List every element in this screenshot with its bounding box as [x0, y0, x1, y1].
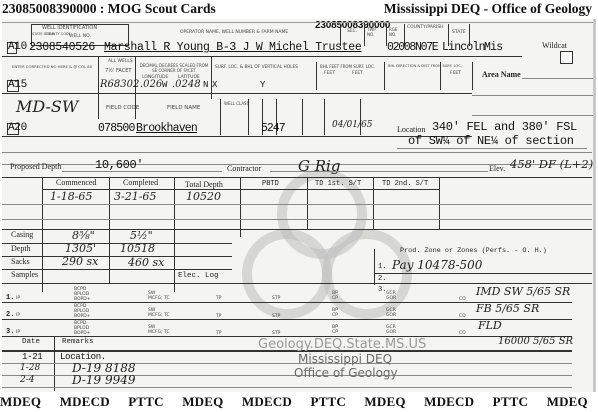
latitude-value: .0248: [172, 79, 201, 90]
commenced-header: Commenced: [56, 178, 96, 187]
ip2-gor: GOR: [386, 313, 396, 318]
sacks-label: Sacks: [11, 257, 30, 266]
state-label: STATE: [452, 30, 466, 35]
ip1-mcfg: MCFG; TC: [148, 296, 170, 301]
casing-label: Casing: [11, 230, 33, 239]
ip2-note: FB 5/65 SR: [476, 302, 539, 315]
completed-value: 3-21-65: [114, 190, 156, 203]
feet-label-1: FEET: [324, 71, 335, 76]
depth-value-1: 1305': [65, 242, 96, 255]
total-depth-header: Total Depth: [185, 180, 223, 189]
all-wells-label: ALL WELLS: [108, 59, 133, 64]
completed-header: Completed: [123, 178, 158, 187]
watermark-line1: Mississippi DEQ: [298, 352, 392, 366]
footer-item: MDEQ: [182, 394, 223, 409]
area-name-label: Area Name: [482, 70, 521, 79]
casing-value-1: 8⅝": [72, 229, 95, 242]
ip1-gor: GOR: [386, 296, 396, 301]
bhl-direction-label: BHL DIRECTION & DIST FROM SURF. LOC.: [388, 64, 462, 68]
row-code-a10-text: A10: [8, 41, 27, 53]
organization-name: Mississippi DEQ - Office of Geology: [384, 1, 592, 17]
row-code-a20-text: A20: [8, 122, 27, 134]
operator-well-farm: Marshall R Young B-3 J W Michel Trustee: [104, 41, 361, 54]
well-identification-label: WELL IDENTIFICATION: [42, 25, 97, 31]
ip3-ip: IP: [16, 330, 20, 335]
ip1-ip: IP: [16, 296, 20, 301]
remark-text-3: D-19 9949: [72, 373, 136, 387]
footer-item: MDECD: [60, 394, 110, 409]
watermark-url: Geology.DEQ.State.MS.US: [258, 337, 426, 352]
footer-item: MDEQ: [364, 394, 405, 409]
footer-banner: MDEQ MDECD PTTC MDEQ MDECD PTTC MDEQ MDE…: [0, 394, 598, 412]
samples-label: Samples: [11, 270, 38, 279]
well-no-label: WELL NO.: [69, 34, 91, 39]
corrected-note: ENTER CORRECTED NO HERE & @ COL 80: [12, 64, 92, 69]
feet-label-3: FEET: [450, 71, 461, 76]
footer-item: MDECD: [424, 394, 474, 409]
sacks-value-1: 290 sx: [62, 255, 98, 268]
total-depth-value: 10520: [186, 190, 221, 203]
proposed-depth-value: 10,600': [95, 158, 143, 172]
footer-item: MDEQ: [547, 394, 588, 409]
sec-label: SEC.: [347, 29, 357, 34]
facet-label: 7½' FACET: [105, 68, 131, 74]
elev-value: 458' DF (L+2): [510, 157, 593, 171]
longitude-value: .026: [140, 79, 162, 90]
rge-label: RGE NO.: [389, 27, 399, 37]
handwritten-district: MD-SW: [16, 97, 78, 116]
ip3-gor: GOR: [386, 330, 396, 335]
operator-label: OPERATOR NAME, WELL NUMBER & FARM NAME: [180, 30, 288, 35]
field-name-label: FIELD NAME: [167, 105, 200, 111]
ip2-mcfg: MCFG; TC: [148, 313, 170, 318]
ip3-note: FLD: [478, 319, 502, 332]
prod-zone-num-2: 2.: [378, 275, 386, 283]
td-1st-header: TD 1st. S/T: [315, 180, 361, 188]
ip1-cp: CP: [332, 296, 338, 301]
facet-value: R68302: [100, 79, 139, 90]
wildcat-label: Wildcat: [542, 41, 567, 50]
depth-label: Depth: [11, 244, 31, 253]
ip1-tp: TP: [216, 296, 221, 301]
extra-note: 16000 5/65 SR: [498, 336, 573, 347]
remark-date-2: 1-28: [20, 363, 40, 373]
well-class-label: WELL CLASS: [224, 101, 249, 106]
depth-value-2: 10518: [120, 242, 155, 255]
ip2-ip: IP: [16, 313, 20, 318]
ip1-note: IMD SW 5/65 SR: [476, 285, 570, 298]
remarks-header: Remarks: [62, 338, 94, 346]
prod-zone-num-1: 1.: [378, 263, 386, 271]
commenced-value: 1-18-65: [50, 190, 92, 203]
county-parish-label: COUNTY/PARISH: [407, 25, 444, 30]
location-label: Location: [397, 125, 425, 134]
latitude-direction: N: [203, 80, 208, 90]
pbtd-header: PBTD: [262, 180, 279, 188]
county-code-label: COUNTY CODE: [45, 32, 71, 36]
elev-label: Elev.: [489, 164, 505, 173]
wildcat-checkbox[interactable]: [560, 51, 573, 64]
scout-card: 23085008390000 WELL IDENTIFICATION STATE…: [2, 19, 596, 392]
ip3-cp: CP: [332, 330, 338, 335]
x-label: X: [212, 80, 217, 90]
footer-item: PTTC: [128, 394, 163, 409]
page-header: 23085008390000 : MOG Scout Cards Mississ…: [0, 0, 598, 18]
location-line1: 340' FEL and 380' FSL: [432, 120, 577, 134]
ip1-stp: STP: [272, 296, 280, 301]
ip3-num: 3.: [6, 328, 14, 336]
surf-loc-label: SURF. LOC. & BHL OF VERTICAL HOLES: [215, 65, 298, 70]
prod-zone-value-1: Pay 10478-500: [392, 258, 482, 272]
footer-item: PTTC: [493, 394, 528, 409]
td-2nd-header: TD 2nd. S/T: [382, 180, 428, 188]
api-number: 2308540526: [29, 41, 95, 54]
y-label: Y: [260, 80, 265, 90]
document-title: 23085008390000 : MOG Scout Cards: [2, 1, 216, 17]
a20-date-stamp: 04/01/65: [332, 120, 372, 130]
elec-log-label: Elec. Log: [178, 272, 219, 280]
ip3-mcfg: MCFG; TC: [148, 330, 170, 335]
remark-date-3: 2-4: [20, 375, 35, 385]
county-value: Lincoln: [442, 41, 485, 54]
ip2-cp: CP: [332, 313, 338, 318]
decimal-degrees-label: DECIMAL DEGREES SCALED FROM SE CORNER OF…: [138, 63, 210, 73]
twp-label: TWP NO.: [367, 27, 377, 37]
sec-twp-rge: 02008N07E: [387, 41, 437, 54]
state-value: Mis: [484, 41, 502, 54]
footer-item: MDECD: [242, 394, 292, 409]
a20-number-value: 5247: [261, 122, 285, 135]
footer-item: PTTC: [310, 394, 345, 409]
contractor-label: Contractor: [227, 164, 261, 173]
prod-zone-label: Prod. Zone or Zones (Perfs. - O. H.): [400, 247, 547, 255]
longitude-direction: W: [162, 80, 167, 90]
footer-item: MDEQ: [0, 394, 41, 409]
watermark-line2: Office of Geology: [294, 366, 398, 380]
proposed-depth-label: Proposed Depth: [10, 162, 61, 171]
ip2-num: 2.: [6, 311, 14, 319]
bhl-feet-label: BHL FEET FROM SURF. LOC.: [320, 64, 375, 69]
remark-date-1: 1-21: [22, 352, 42, 362]
casing-value-2: 5½": [130, 229, 153, 242]
location-line2: of SW¼ of NE¼ of section: [408, 134, 574, 148]
contractor-value: G Rig: [298, 157, 340, 175]
sacks-value-2: 460 sx: [128, 256, 164, 269]
date-header: Date: [22, 338, 40, 346]
feet-label-2: FEET: [352, 71, 363, 76]
ip1-num: 1.: [6, 294, 14, 302]
field-code-value: 078500: [98, 122, 135, 135]
row-code-a15-text: A15: [8, 79, 27, 91]
field-name-value: Brookhaven: [136, 122, 197, 135]
